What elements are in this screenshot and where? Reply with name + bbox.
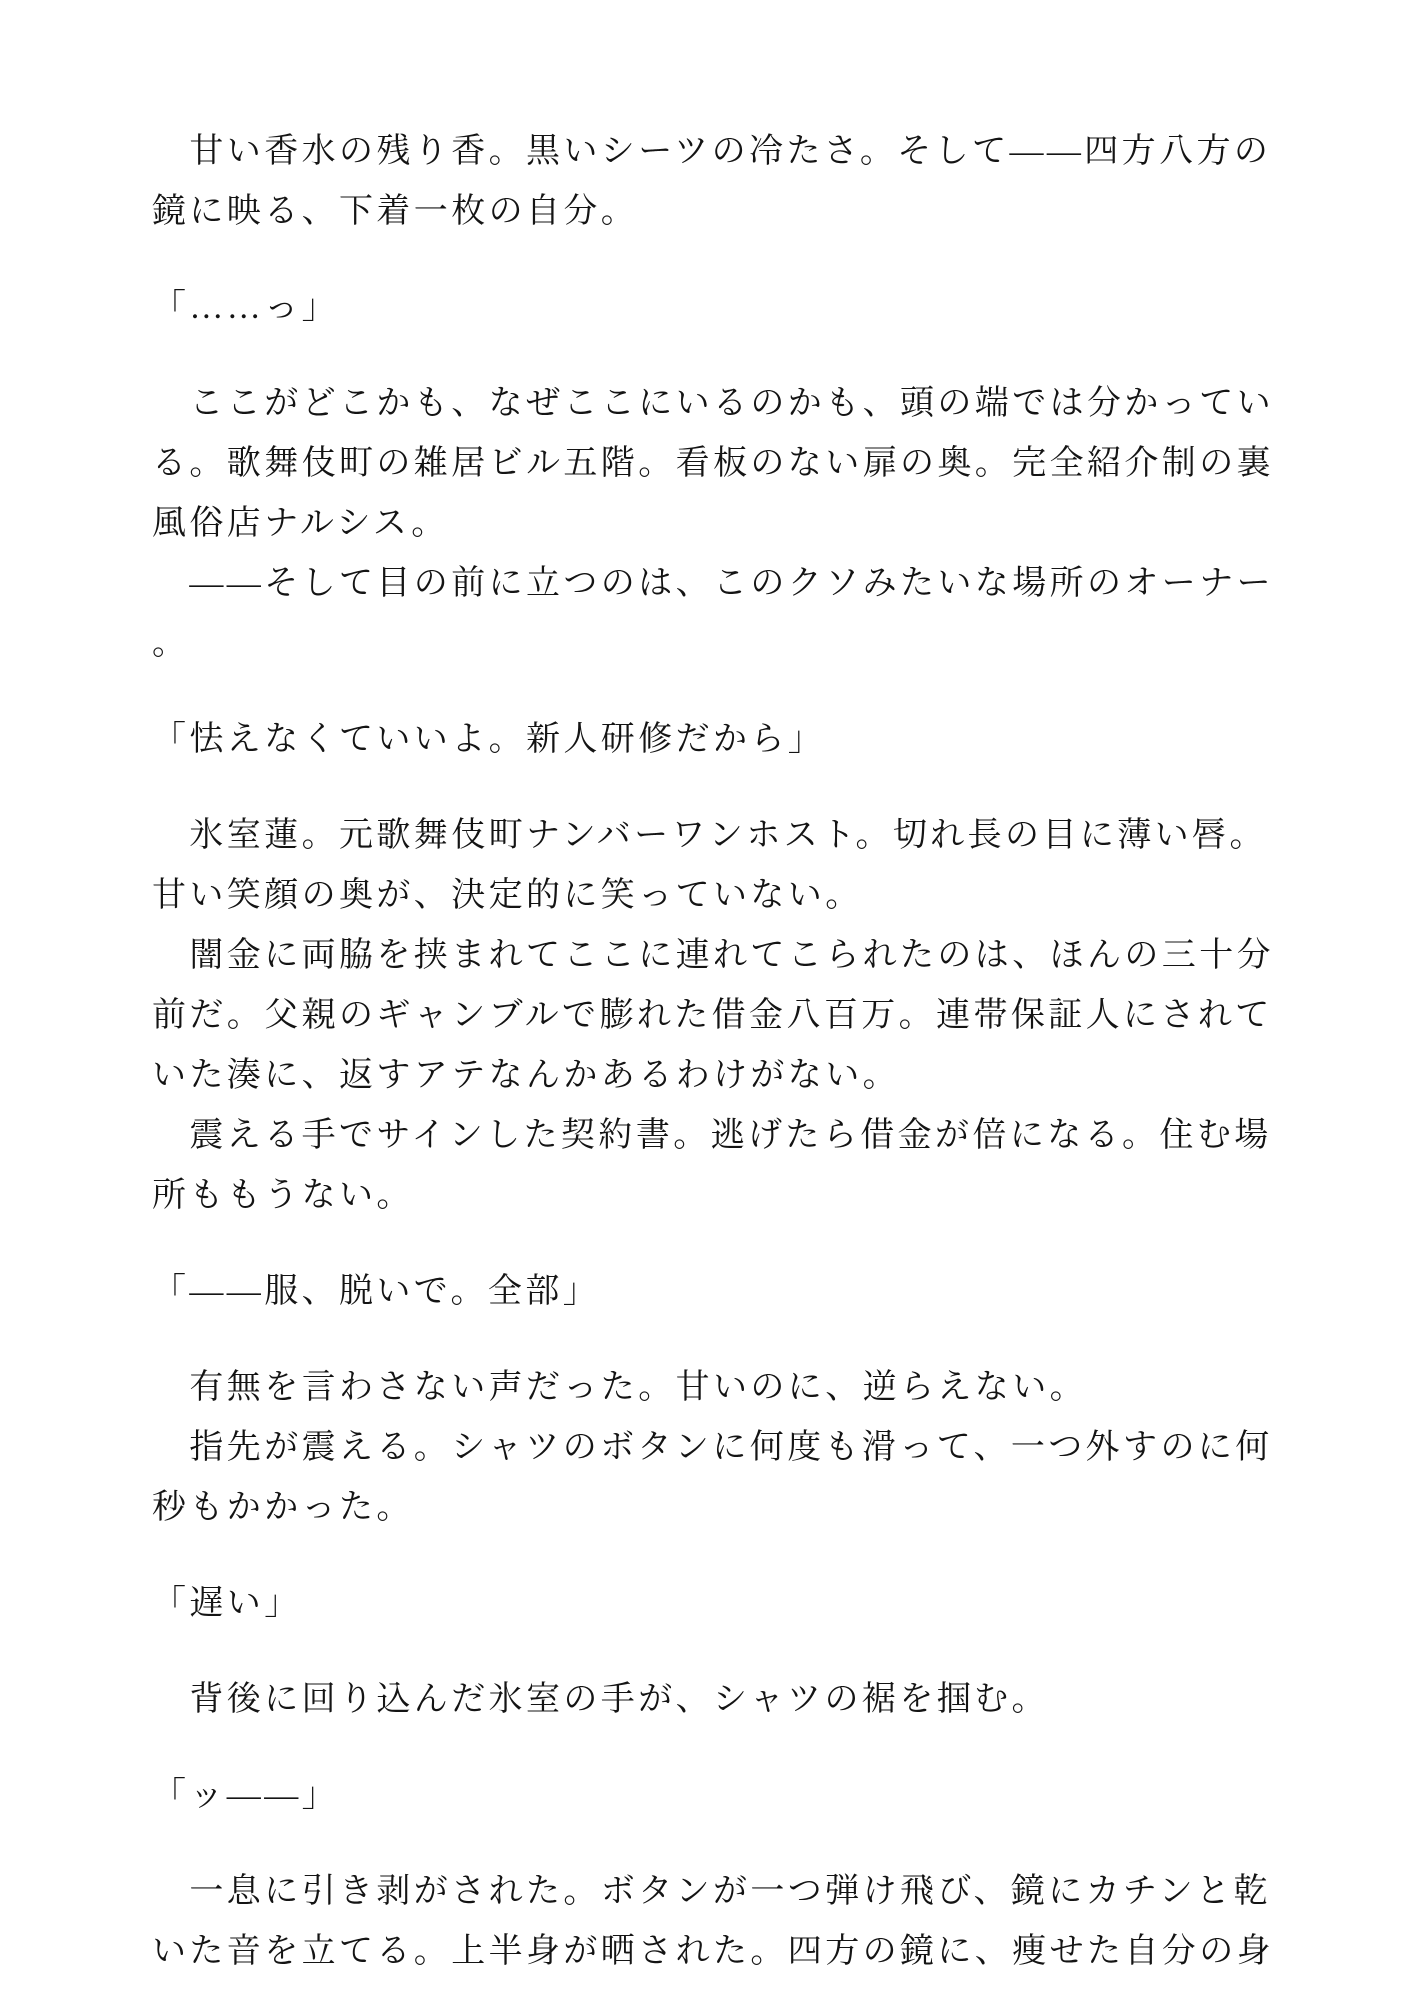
- manuscript-page: 甘い香水の残り香。黒いシーツの冷たさ。そして——四方八方の 鏡に映る、下着一枚の…: [0, 0, 1415, 2000]
- narration-paragraph: 甘い香水の残り香。黒いシーツの冷たさ。そして——四方八方の 鏡に映る、下着一枚の…: [152, 122, 1287, 242]
- dialogue-line: 「怯えなくていいよ。新人研修だから」: [152, 710, 1287, 770]
- narration-paragraph: 背後に回り込んだ氷室の手が、シャツの裾を掴む。: [152, 1670, 1287, 1730]
- narration-paragraph: 氷室蓮。元歌舞伎町ナンバーワンホスト。切れ長の目に薄い唇。 甘い笑顔の奥が、決定…: [152, 806, 1287, 1226]
- narration-paragraph: 有無を言わさない声だった。甘いのに、逆らえない。 指先が震える。シャツのボタンに…: [152, 1358, 1287, 1538]
- narration-paragraph: ここがどこかも、なぜここにいるのかも、頭の端では分かってい る。歌舞伎町の雑居ビ…: [152, 374, 1287, 674]
- dialogue-line: 「……っ」: [152, 278, 1287, 338]
- dialogue-line: 「ッ——」: [152, 1766, 1287, 1826]
- dialogue-line: 「遅い」: [152, 1574, 1287, 1634]
- narration-paragraph: 一息に引き剥がされた。ボタンが一つ弾け飛び、鏡にカチンと乾 いた音を立てる。上半…: [152, 1862, 1287, 1982]
- dialogue-line: 「——服、脱いで。全部」: [152, 1262, 1287, 1322]
